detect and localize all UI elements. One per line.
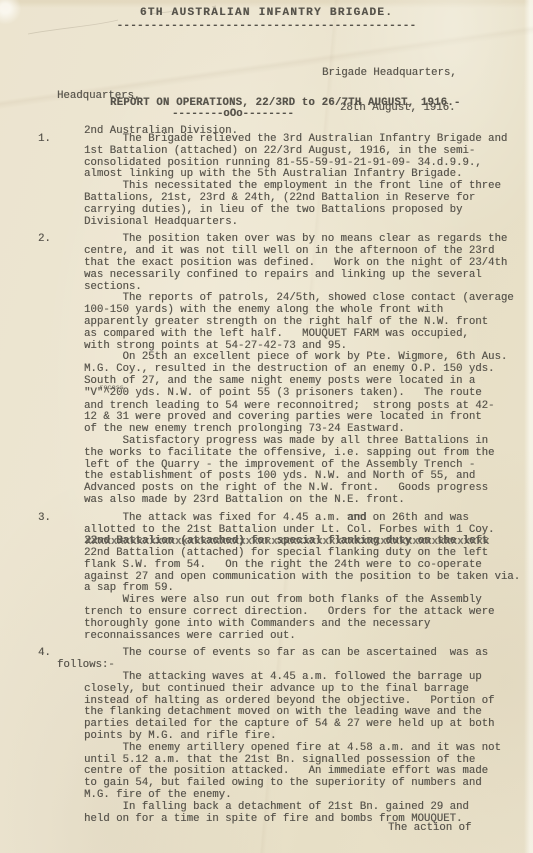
paragraph-number: 1. [38,134,84,228]
paragraph: 2. The position taken over was by no mea… [38,234,519,506]
paragraph-body: The attack was fixed for 4.45 a.m. and o… [84,513,520,643]
text-line: was also made by 23rd Battalion on the N… [84,495,519,507]
paragraph-body: The Brigade relieved the 3rd Australian … [84,134,519,228]
paragraph-body: The course of events so far as can be as… [84,648,519,825]
document-page: 6TH AUSTRALIAN INFANTRY BRIGADE. -------… [0,0,533,853]
paragraph: 4. The course of events so far as can be… [38,648,519,825]
paragraph-number: 3. [38,513,84,643]
heading-rule: ----------------------------------------… [0,20,533,32]
text-line: The course of events so far as can be as… [84,648,519,660]
text-segment-overstruck: 22nd Battalion (attached) for special fl… [84,536,488,548]
catchword: The action of [388,822,471,834]
paragraph-number: 4. [38,648,84,825]
paragraph-number: 2. [38,234,84,506]
date-place: Brigade Headquarters, [322,68,457,80]
text-line: 22nd Battalion (attached) for special fl… [84,536,520,548]
text-line: Divisional Headquarters. [84,217,519,229]
text-line: reconnaissances were carried out. [84,631,520,643]
document-heading: 6TH AUSTRALIAN INFANTRY BRIGADE. [0,7,533,19]
text-segment-struck: and [347,512,366,524]
text-line: was necessarily confined to repairs and … [84,270,519,282]
paragraph-list: 1. The Brigade relieved the 3rd Australi… [38,134,519,831]
paragraph-body: The position taken over was by no means … [84,234,519,506]
date-block: Brigade Headquarters, 28th August, 1916. [322,44,457,138]
title-rule: --------oOo-------- [172,108,294,120]
paragraph: 1. The Brigade relieved the 3rd Australi… [38,134,519,228]
paragraph: 3. The attack was fixed for 4.45 a.m. an… [38,513,519,643]
